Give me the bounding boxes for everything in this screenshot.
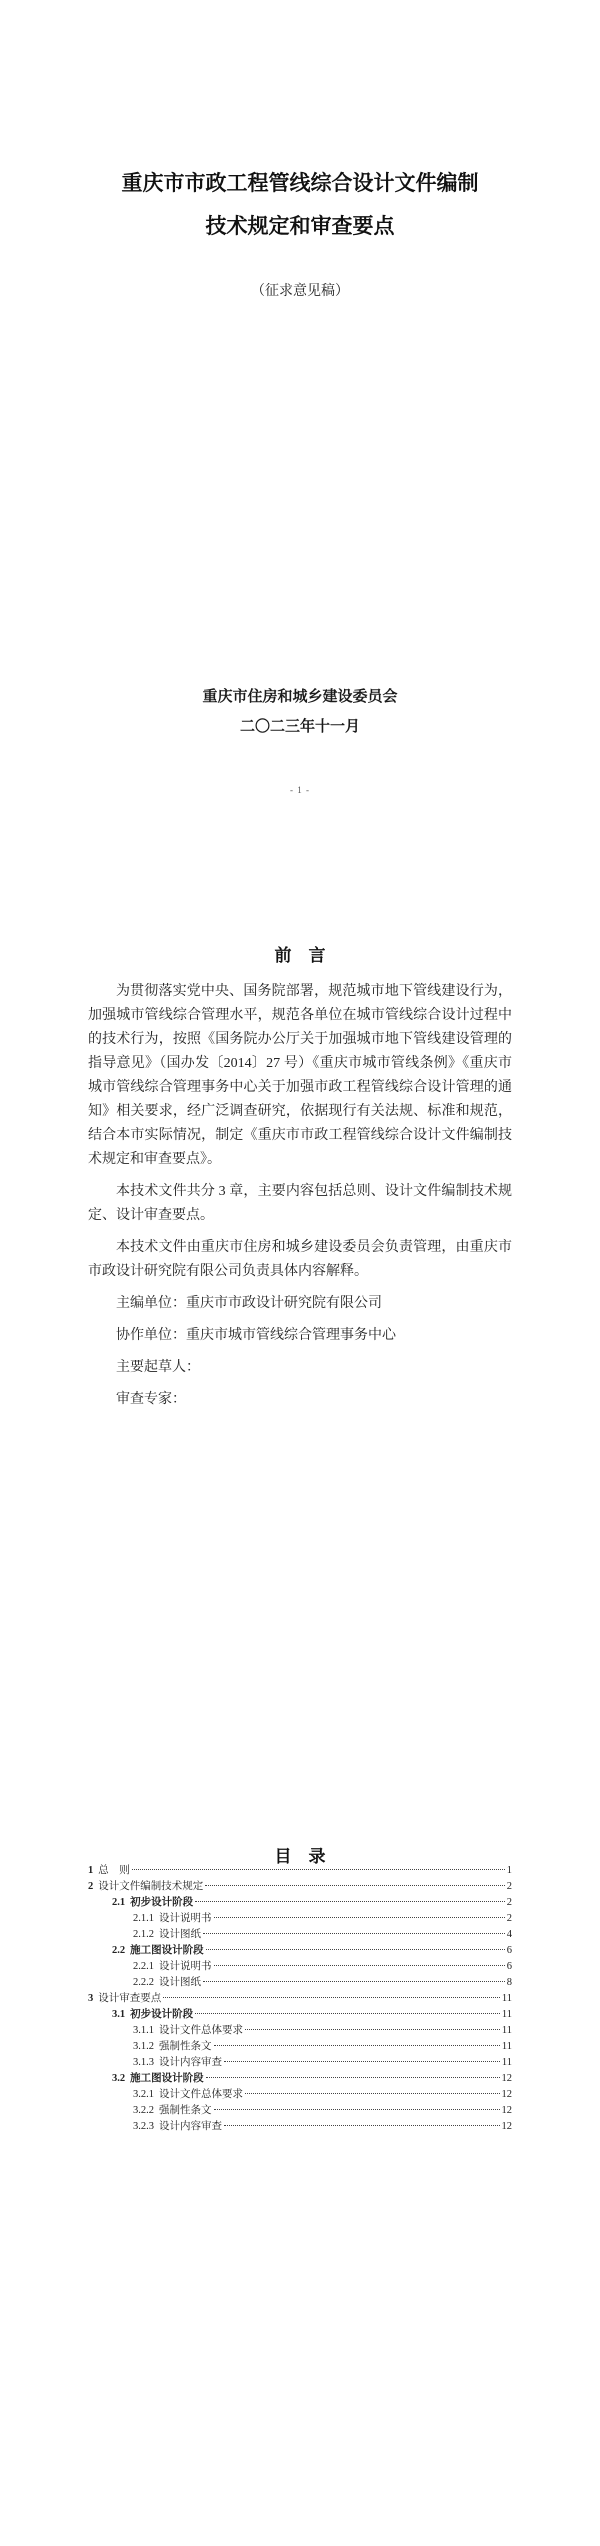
main-drafters-label: 主要起草人： [88,1356,512,1380]
toc-entry-page: 11 [502,2055,512,2071]
toc-entry-label: 设计文件总体要求 [159,2087,243,2103]
toc-entry-number: 2.2 [112,1943,125,1959]
toc-entry-number: 3.1 [112,2007,125,2023]
draft-status-subtitle: （征求意见稿） [0,282,600,302]
toc-entry-number: 2 [88,1879,93,1895]
toc-entry-page: 12 [502,2087,513,2103]
toc-entry: 3.1 初步设计阶段 11 [88,2007,512,2023]
issue-date: 二〇二三年十一月 [0,712,600,742]
dot-leader [195,2013,500,2014]
toc-entry-label: 强制性条文 [159,2039,212,2055]
toc-entry-label: 初步设计阶段 [130,1895,193,1911]
toc-page: 目 录 1 总 则 1 2 设计文件编制技术规定 2 2.1 初步设计阶段 2 [0,1697,600,2546]
toc-entry-number: 3.2.1 [133,2087,154,2103]
toc-entry-label: 设计文件编制技术规定 [98,1879,203,1895]
toc-entry: 3.2.1 设计文件总体要求 12 [88,2087,512,2103]
toc-entry: 2.2.1 设计说明书 6 [88,1959,512,1975]
dot-leader [163,1997,500,1998]
preface-paragraph: 本技术文件共分 3 章，主要内容包括总则、设计文件编制技术规定、设计审查要点。 [88,1180,512,1228]
toc-entry-number: 3 [88,1991,93,2007]
toc-entry-label: 总 则 [98,1863,130,1879]
toc-entry-page: 11 [502,2007,512,2023]
toc-entry-label: 设计文件总体要求 [159,2023,243,2039]
toc-entry-page: 6 [507,1959,512,1975]
dot-leader [206,2077,500,2078]
toc-entry-page: 12 [502,2103,513,2119]
toc-entry-page: 12 [502,2071,513,2087]
toc-entry-number: 2.1.1 [133,1911,154,1927]
toc-entry-label: 设计审查要点 [98,1991,161,2007]
toc-entry: 2.1 初步设计阶段 2 [88,1895,512,1911]
toc-entry: 3.1.1 设计文件总体要求 11 [88,2023,512,2039]
toc-entry-number: 3.2.3 [133,2119,154,2135]
toc-entry: 2 设计文件编制技术规定 2 [88,1879,512,1895]
chief-editor-unit: 主编单位：重庆市市政设计研究院有限公司 [88,1292,512,1316]
toc-entry: 3 设计审查要点 11 [88,1991,512,2007]
toc-entry-label: 设计内容审查 [159,2119,222,2135]
page-number: - 1 - [0,785,600,795]
issuing-organization: 重庆市住房和城乡建设委员会 [0,682,600,712]
issuing-organization-block: 重庆市住房和城乡建设委员会 二〇二三年十一月 [0,682,600,742]
dot-leader [203,1981,505,1982]
toc-list: 1 总 则 1 2 设计文件编制技术规定 2 2.1 初步设计阶段 2 2.1.… [88,1863,512,2135]
toc-entry-page: 12 [502,2119,513,2135]
dot-leader [224,2125,500,2126]
dot-leader [203,1933,505,1934]
toc-entry-number: 3.2 [112,2071,125,2087]
toc-entry: 3.1.2 强制性条文 11 [88,2039,512,2055]
toc-entry-label: 施工图设计阶段 [130,1943,204,1959]
preface-heading: 前 言 [0,941,600,966]
dot-leader [214,1917,505,1918]
toc-entry-number: 2.1 [112,1895,125,1911]
toc-entry-label: 设计说明书 [159,1959,212,1975]
preface-paragraph: 本技术文件由重庆市住房和城乡建设委员会负责管理，由重庆市市政设计研究院有限公司负… [88,1236,512,1284]
dot-leader [132,1869,505,1870]
toc-entry-number: 3.1.1 [133,2023,154,2039]
toc-entry-label: 设计说明书 [159,1911,212,1927]
dot-leader [214,2045,500,2046]
toc-entry-number: 3.1.2 [133,2039,154,2055]
toc-entry: 1 总 则 1 [88,1863,512,1879]
review-experts-label: 审查专家： [88,1388,512,1412]
toc-entry-number: 1 [88,1863,93,1879]
toc-entry: 3.1.3 设计内容审查 11 [88,2055,512,2071]
cooperating-unit: 协作单位：重庆市城市管线综合管理事务中心 [88,1324,512,1348]
dot-leader [214,1965,505,1966]
preface-paragraph: 为贯彻落实党中央、国务院部署，规范城市地下管线建设行为，加强城市管线综合管理水平… [88,980,512,1172]
document-title-line2: 技术规定和审查要点 [0,205,600,248]
toc-entry-page: 11 [502,2023,512,2039]
preface-page: 前 言 为贯彻落实党中央、国务院部署，规范城市地下管线建设行为，加强城市管线综合… [0,849,600,1698]
toc-entry-number: 3.1.3 [133,2055,154,2071]
toc-entry-page: 11 [502,1991,512,2007]
toc-entry-label: 初步设计阶段 [130,2007,193,2023]
dot-leader [206,1949,505,1950]
toc-entry-page: 1 [507,1863,512,1879]
dot-leader [245,2093,500,2094]
dot-leader [205,1885,505,1886]
toc-entry-page: 11 [502,2039,512,2055]
toc-entry-number: 2.2.2 [133,1975,154,1991]
dot-leader [245,2029,500,2030]
toc-entry: 2.2.2 设计图纸 8 [88,1975,512,1991]
toc-entry-number: 2.1.2 [133,1927,154,1943]
toc-entry-label: 设计图纸 [159,1927,201,1943]
toc-entry-page: 4 [507,1927,512,1943]
toc-entry-page: 6 [507,1943,512,1959]
document: 重庆市市政工程管线综合设计文件编制 技术规定和审查要点 （征求意见稿） 重庆市住… [0,0,600,2546]
toc-entry-label: 设计图纸 [159,1975,201,1991]
toc-entry-label: 强制性条文 [159,2103,212,2119]
toc-entry-page: 2 [507,1895,512,1911]
dot-leader [214,2109,500,2110]
toc-entry-page: 2 [507,1879,512,1895]
toc-entry-label: 施工图设计阶段 [130,2071,204,2087]
dot-leader [195,1901,505,1902]
document-title-line1: 重庆市市政工程管线综合设计文件编制 [0,162,600,205]
toc-entry-page: 8 [507,1975,512,1991]
cover-page: 重庆市市政工程管线综合设计文件编制 技术规定和审查要点 （征求意见稿） 重庆市住… [0,0,600,849]
toc-entry-number: 2.2.1 [133,1959,154,1975]
toc-entry: 3.2.3 设计内容审查 12 [88,2119,512,2135]
preface-body: 为贯彻落实党中央、国务院部署，规范城市地下管线建设行为，加强城市管线综合管理水平… [88,980,512,1420]
toc-entry: 2.2 施工图设计阶段 6 [88,1943,512,1959]
dot-leader [224,2061,500,2062]
toc-entry: 3.2.2 强制性条文 12 [88,2103,512,2119]
toc-entry: 2.1.2 设计图纸 4 [88,1927,512,1943]
document-title: 重庆市市政工程管线综合设计文件编制 技术规定和审查要点 [0,162,600,248]
toc-entry-label: 设计内容审查 [159,2055,222,2071]
toc-entry: 2.1.1 设计说明书 2 [88,1911,512,1927]
toc-entry-number: 3.2.2 [133,2103,154,2119]
toc-entry: 3.2 施工图设计阶段 12 [88,2071,512,2087]
toc-entry-page: 2 [507,1911,512,1927]
